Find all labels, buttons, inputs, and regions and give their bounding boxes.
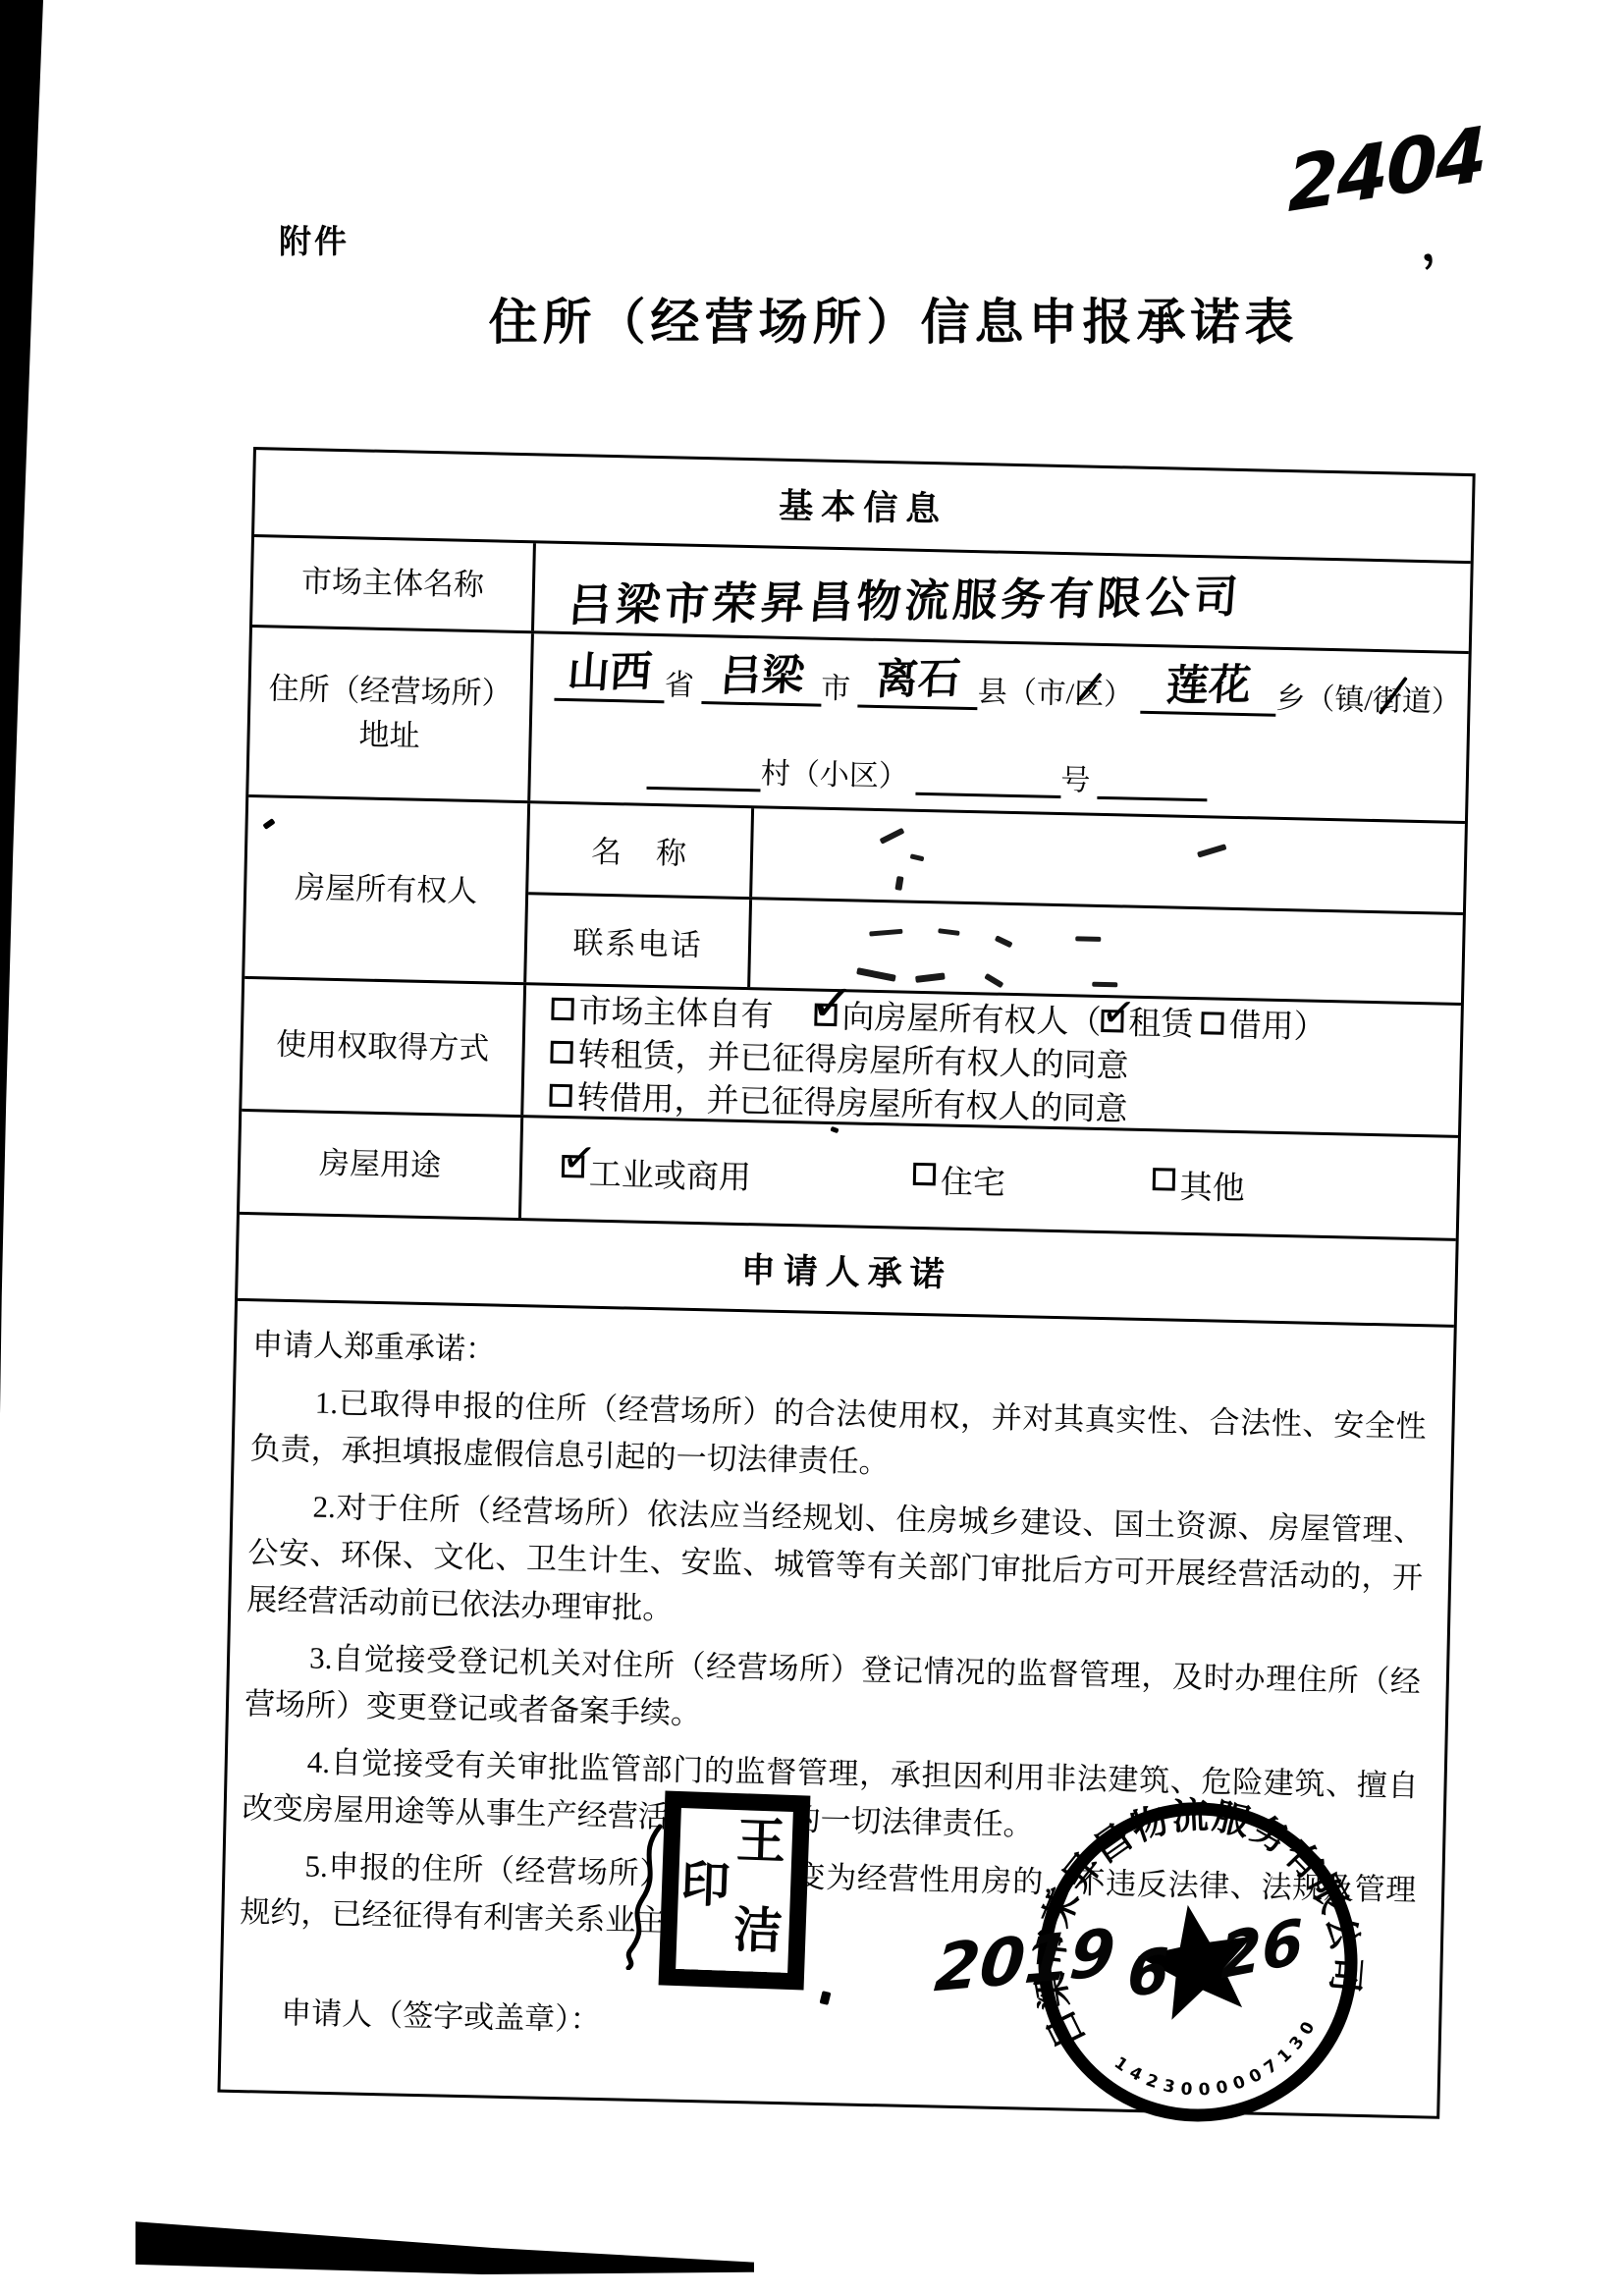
checkbox-box xyxy=(550,1041,572,1064)
entity-name-label: 市场主体名称 xyxy=(252,537,536,630)
scan-edge-shadow xyxy=(0,0,43,1473)
seal-char-yin: 印 xyxy=(680,1857,731,1913)
house-owner-label: 房屋所有权人 xyxy=(244,797,530,982)
address-line-2: 村（小区） 号 xyxy=(646,740,1208,801)
checkbox-box: ✓ xyxy=(1101,1010,1123,1032)
address-line-1: 山西省 吕梁市 离石县（市/区） 莲花乡（镇/街道） xyxy=(554,652,1478,721)
commitment-item-1: 1.已取得申报的住所（经营场所）的合法使用权，并对其真实性、合法性、安全性负责，… xyxy=(249,1378,1427,1498)
scan-bottom-smudge xyxy=(135,2219,754,2274)
seal-ink-smudge xyxy=(677,1969,785,1985)
seal-left-column: 印 xyxy=(678,1812,733,1957)
faint-erased-mark xyxy=(938,928,959,936)
handwritten-comma-mark: ， xyxy=(1413,203,1469,275)
seal-right-column: 王 洁 xyxy=(728,1814,790,1959)
basic-info-heading: 基本信息 xyxy=(779,479,948,532)
checkbox-box: ✓ xyxy=(562,1155,584,1177)
page-title: 住所（经营场所）信息申报承诺表 xyxy=(432,283,1355,354)
commitment-item-2: 2.对于住所（经营场所）依法应当经规划、住房城乡建设、国土资源、房屋管理、公安、… xyxy=(246,1482,1425,1649)
checkbox-from-owner: ✓向房屋所有权人（ xyxy=(814,997,1102,1045)
commitment-heading: 申请人承诺 xyxy=(740,1243,952,1297)
personal-name-seal: 印 王 洁 xyxy=(659,1790,811,1990)
checkbox-box xyxy=(1201,1011,1223,1034)
faint-erased-mark xyxy=(894,876,903,891)
checkbox-other: 其他 xyxy=(1152,1161,1245,1209)
address-value-cell: 山西省 吕梁市 离石县（市/区） 莲花乡（镇/街道） 村（小区） 号 xyxy=(530,633,1468,821)
county-suffix: 县（市/区） xyxy=(977,667,1133,713)
checkbox-box xyxy=(551,998,573,1020)
checkbox-borrow: 借用） xyxy=(1201,1005,1326,1050)
faint-erased-mark xyxy=(984,972,1003,988)
check-mark: ✓ xyxy=(1099,990,1138,1035)
checkbox-box xyxy=(1153,1168,1175,1190)
owner-name-value-cell xyxy=(752,808,1465,911)
county-field: 离石 xyxy=(857,658,978,710)
faint-erased-mark xyxy=(995,935,1013,948)
entity-name-handwritten-value: 吕梁市荣昇昌物流服务有限公司 xyxy=(566,561,1244,633)
owner-phone-label: 联系电话 xyxy=(526,895,752,987)
attachment-label: 附件 xyxy=(279,216,350,262)
province-field: 山西 xyxy=(554,652,665,703)
number-field xyxy=(1097,750,1208,801)
handwritten-date-month: 6 xyxy=(1127,1934,1170,2011)
checkbox-box xyxy=(549,1084,571,1107)
faint-erased-mark xyxy=(856,967,896,982)
check-mark: ✓ xyxy=(560,1135,599,1180)
checkbox-self-owned: 市场主体自有 xyxy=(551,991,774,1038)
faint-erased-mark xyxy=(1075,936,1101,942)
owner-name-label: 名 称 xyxy=(528,803,754,896)
house-use-label: 房屋用途 xyxy=(240,1112,523,1218)
faint-erased-mark xyxy=(1197,844,1226,857)
community-number-field xyxy=(915,746,1061,798)
check-mark: ✓ xyxy=(808,975,856,1031)
checkbox-box xyxy=(913,1163,936,1185)
checkbox-box: ✓ xyxy=(814,1004,837,1026)
house-use-options-cell: ✓工业或商用 住宅 其他 xyxy=(521,1118,1458,1238)
village-field xyxy=(646,740,761,793)
checkbox-industrial-commercial: ✓工业或商用 xyxy=(561,1148,751,1198)
house-owner-subtable: 名 称 联系电话 xyxy=(526,803,1465,1003)
seal-char-wang: 王 xyxy=(731,1814,790,1870)
scanned-form-page: 附件 2404 ， 住所（经营场所）信息申报承诺表 基本信息 市场主体名称 吕梁… xyxy=(0,0,1624,2296)
address-label: 住所（经营场所） 地址 xyxy=(248,628,534,800)
row-address: 住所（经营场所） 地址 山西省 吕梁市 离石县（市/区） 莲花乡（镇/街道） 村… xyxy=(248,625,1468,821)
row-house-owner: 房屋所有权人 名 称 联系电话 xyxy=(244,794,1465,1003)
faint-erased-mark xyxy=(910,853,925,861)
seal-char-jie: 洁 xyxy=(728,1903,787,1959)
city-field: 吕梁 xyxy=(701,655,822,707)
usage-right-label: 使用权取得方式 xyxy=(242,979,526,1115)
township-suffix: 乡（镇/街道） xyxy=(1275,674,1461,721)
faint-erased-mark xyxy=(915,972,946,982)
township-field: 莲花 xyxy=(1140,665,1276,717)
faint-erased-mark xyxy=(869,928,902,936)
row-usage-right: 使用权取得方式 市场主体自有✓向房屋所有权人（✓租赁 借用） 转租赁，并已征得房… xyxy=(242,976,1461,1135)
faint-erased-mark xyxy=(880,828,905,845)
commitment-item-3: 3.自觉接受登记机关对住所（经营场所）登记情况的监督管理，及时办理住所（经营场所… xyxy=(244,1633,1422,1753)
checkbox-lease: ✓租赁 xyxy=(1101,1003,1194,1047)
checkbox-residential: 住宅 xyxy=(912,1156,1005,1204)
usage-right-options-cell: 市场主体自有✓向房屋所有权人（✓租赁 借用） 转租赁，并已征得房屋所有权人的同意… xyxy=(523,985,1461,1135)
